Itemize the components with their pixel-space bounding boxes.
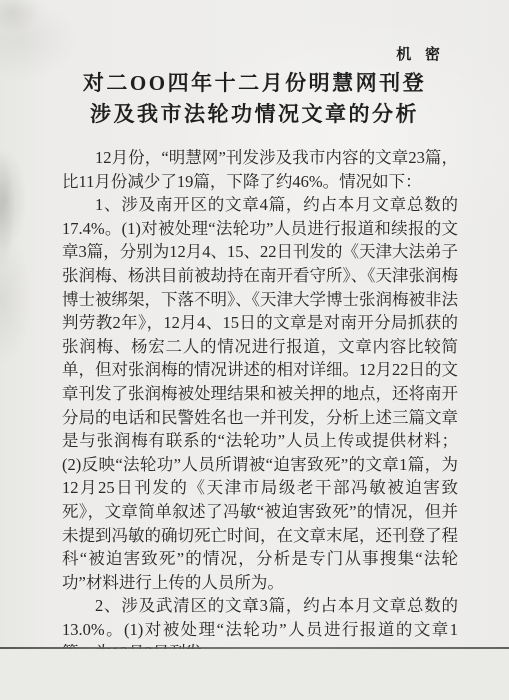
document-title-line-2: 涉及我市法轮功情况文章的分析 <box>0 99 509 130</box>
scanner-background <box>0 649 509 700</box>
scan-artifact-top-left <box>0 0 60 60</box>
document-title-line-1: 对二OO四年十二月份明慧网刊登 <box>0 68 509 99</box>
paragraph-intro: 12月份，“明慧网”刊发涉及我市内容的文章23篇，比11月份减少了19篇，下降了… <box>62 146 458 193</box>
scan-artifact-left-edge <box>0 120 24 300</box>
paragraph-section-1: 1、涉及南开区的文章4篇，约占本月文章总数的17.4%。(1)对被处理“法轮功”… <box>62 193 458 594</box>
document-title: 对二OO四年十二月份明慧网刊登 涉及我市法轮功情况文章的分析 <box>0 68 509 130</box>
classification-marking: 机 密 <box>396 43 445 64</box>
scanned-document-page: 机 密 对二OO四年十二月份明慧网刊登 涉及我市法轮功情况文章的分析 12月份，… <box>0 0 509 700</box>
document-body: 12月份，“明慧网”刊发涉及我市内容的文章23篇，比11月份减少了19篇，下降了… <box>62 146 458 665</box>
page-number: 1 <box>0 599 509 615</box>
